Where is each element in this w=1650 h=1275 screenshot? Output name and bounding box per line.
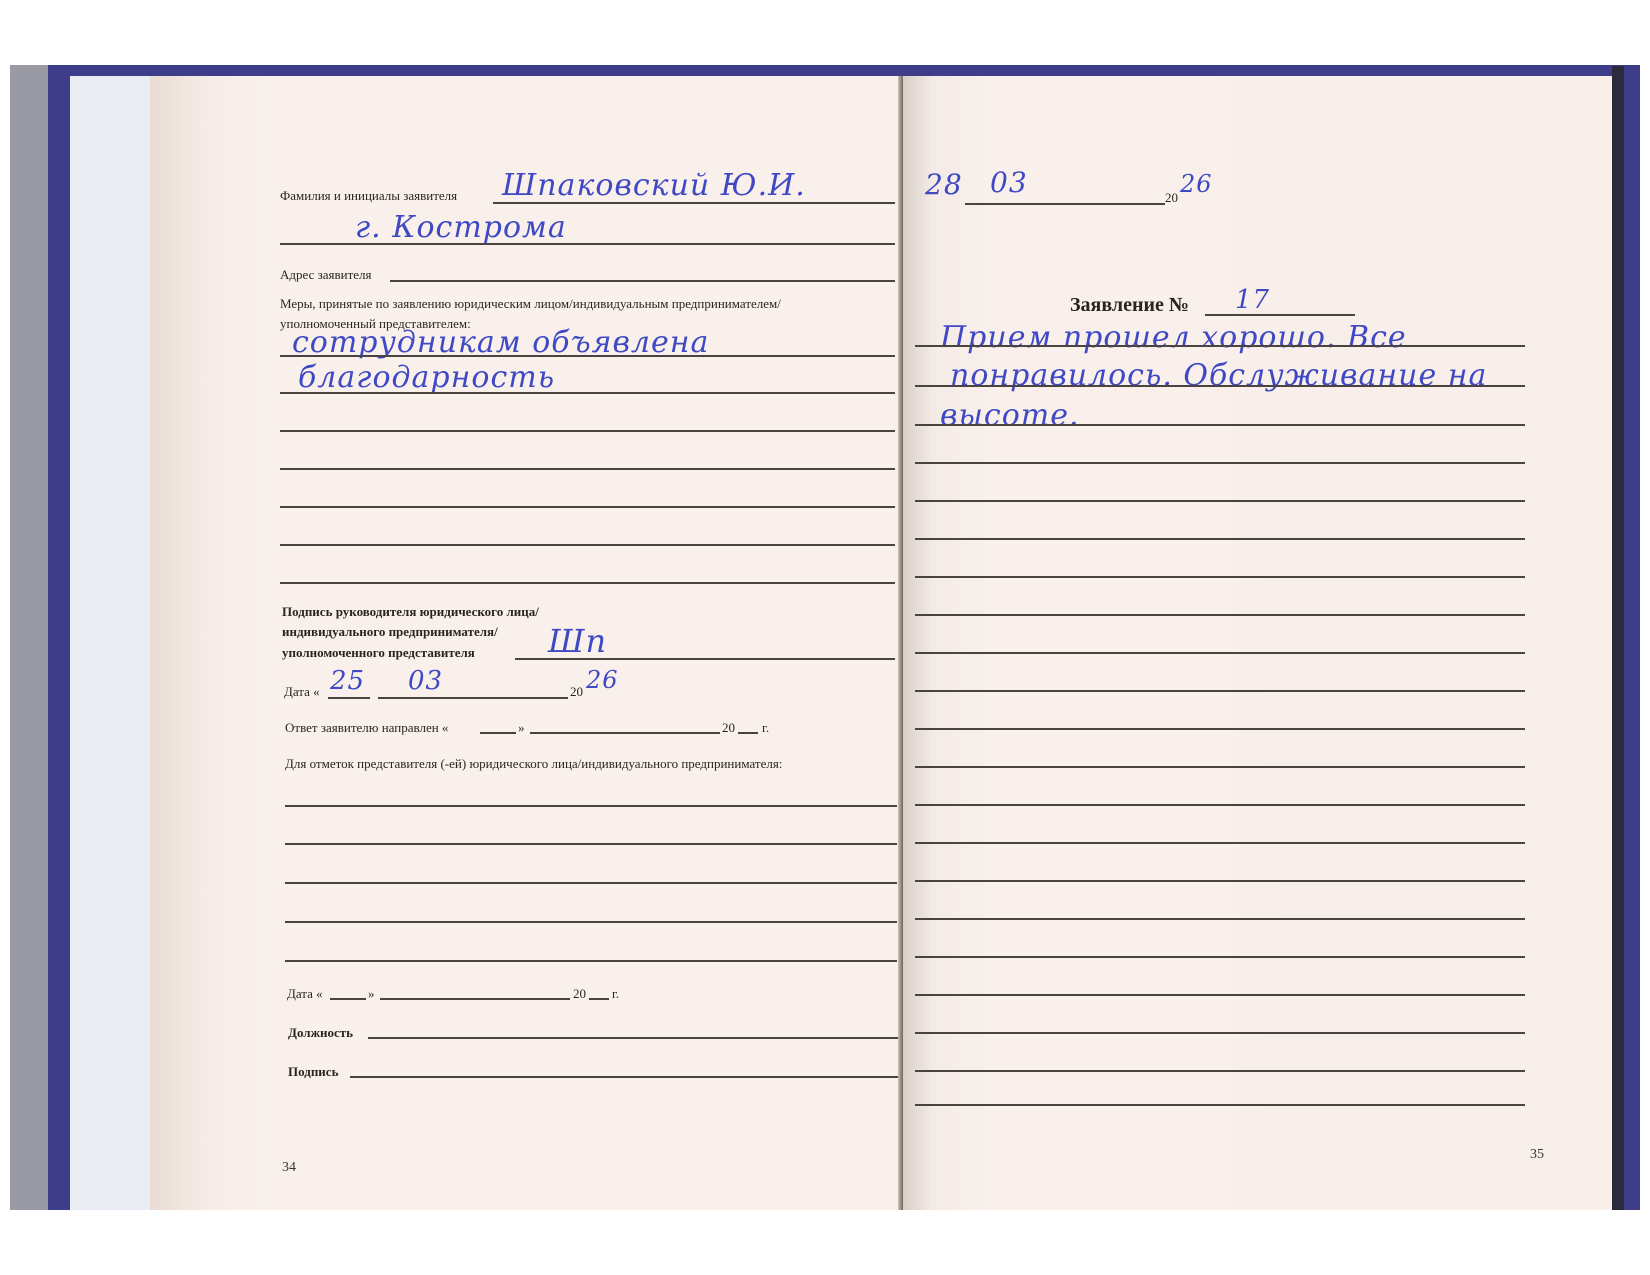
cover-edge [1612, 66, 1624, 1210]
marks-line-2 [285, 843, 897, 845]
statement-line-3 [915, 424, 1525, 426]
marks-line-3 [285, 882, 897, 884]
statement-line-7 [915, 576, 1525, 578]
reply-year-line [738, 732, 758, 734]
signature-label-line1: Подпись руководителя юридического лица/ [282, 604, 539, 620]
date-year-prefix: 20 [570, 684, 583, 700]
measures-line-4 [280, 468, 895, 470]
applicant-address-label: Адрес заявителя [280, 267, 372, 283]
marks-line-1 [285, 805, 897, 807]
measures-line-7 [280, 582, 895, 584]
signature2-line [350, 1076, 898, 1078]
statement-line-11 [915, 728, 1525, 730]
marks-label: Для отметок представителя (-ей) юридичес… [285, 756, 782, 772]
signature-value[interactable]: Шп [548, 622, 607, 660]
signature-label-line3: уполномоченного представителя [282, 645, 475, 661]
reply-close-quote: » [518, 720, 525, 736]
reply-year-end: г. [762, 720, 769, 736]
page-number-left: 34 [282, 1160, 296, 1176]
date-label: Дата « [284, 684, 320, 700]
statement-line-18 [915, 994, 1525, 996]
statement-line-12 [915, 766, 1525, 768]
statement-line-2 [915, 385, 1525, 387]
right-date-month[interactable]: 03 [990, 166, 1028, 199]
marks-line-5 [285, 960, 897, 962]
statement-line-19 [915, 1032, 1525, 1034]
date-day-line [328, 697, 370, 699]
statement-line-8 [915, 614, 1525, 616]
measures-line-5 [280, 506, 895, 508]
statement-line-6 [915, 538, 1525, 540]
right-date-day[interactable]: 28 [925, 168, 963, 201]
measures-line-1 [280, 355, 895, 357]
measures-value-line2[interactable]: благодарность [298, 360, 555, 395]
statement-text-line2[interactable]: понравилось. Обслуживание на [950, 358, 1487, 393]
left-page [150, 76, 905, 1210]
date-day-value[interactable]: 25 [330, 666, 365, 696]
statement-line-1 [915, 345, 1525, 347]
right-date-year-prefix: 20 [1165, 190, 1178, 206]
statement-text-line3[interactable]: высоте. [940, 398, 1080, 433]
right-page [903, 76, 1615, 1210]
statement-text-line1[interactable]: Прием прошел хорошо. Все [940, 320, 1407, 355]
right-date-year-value[interactable]: 26 [1180, 170, 1213, 198]
marks-line-4 [285, 921, 897, 923]
right-date-line [965, 203, 1165, 205]
applicant-city-value[interactable]: г. Кострома [355, 210, 567, 245]
date2-close-quote: » [368, 986, 375, 1002]
statement-line-20 [915, 1070, 1525, 1072]
statement-title: Заявление № [1070, 294, 1189, 317]
position-label: Должность [288, 1025, 353, 1041]
reply-year-prefix: 20 [722, 720, 735, 736]
date-month-value[interactable]: 03 [408, 666, 443, 696]
date-month-line [378, 697, 568, 699]
date2-label: Дата « [287, 986, 323, 1002]
position-line [368, 1037, 898, 1039]
statement-line-16 [915, 918, 1525, 920]
measures-line-2 [280, 392, 895, 394]
statement-number-line [1205, 314, 1355, 316]
reply-day-line [480, 732, 516, 734]
date2-day-line [330, 998, 366, 1000]
page-number-right: 35 [1530, 1147, 1544, 1163]
date2-year-prefix: 20 [573, 986, 586, 1002]
statement-line-14 [915, 842, 1525, 844]
applicant-address-line [390, 280, 895, 282]
statement-line-4 [915, 462, 1525, 464]
signature-label-line2: индивидуального предпринимателя/ [282, 624, 498, 640]
statement-line-10 [915, 690, 1525, 692]
applicant-name-value[interactable]: Шпаковский Ю.И. [502, 168, 806, 203]
statement-line-21 [915, 1104, 1525, 1106]
date2-month-line [380, 998, 570, 1000]
date-year-value[interactable]: 26 [586, 666, 619, 694]
applicant-city-line [280, 243, 895, 245]
reply-label: Ответ заявителю направлен « [285, 720, 448, 736]
reply-month-line [530, 732, 720, 734]
date2-year-line [589, 998, 609, 1000]
statement-line-9 [915, 652, 1525, 654]
signature2-label: Подпись [288, 1064, 338, 1080]
statement-line-17 [915, 956, 1525, 958]
statement-line-5 [915, 500, 1525, 502]
statement-line-13 [915, 804, 1525, 806]
date2-year-end: г. [612, 986, 619, 1002]
measures-label-line1: Меры, принятые по заявлению юридическим … [280, 296, 781, 312]
measures-line-3 [280, 430, 895, 432]
applicant-name-label: Фамилия и инициалы заявителя [280, 188, 457, 204]
cover-inner-page [70, 76, 160, 1210]
scan-border [10, 65, 48, 1210]
measures-line-6 [280, 544, 895, 546]
statement-number[interactable]: 17 [1235, 285, 1270, 315]
statement-line-15 [915, 880, 1525, 882]
